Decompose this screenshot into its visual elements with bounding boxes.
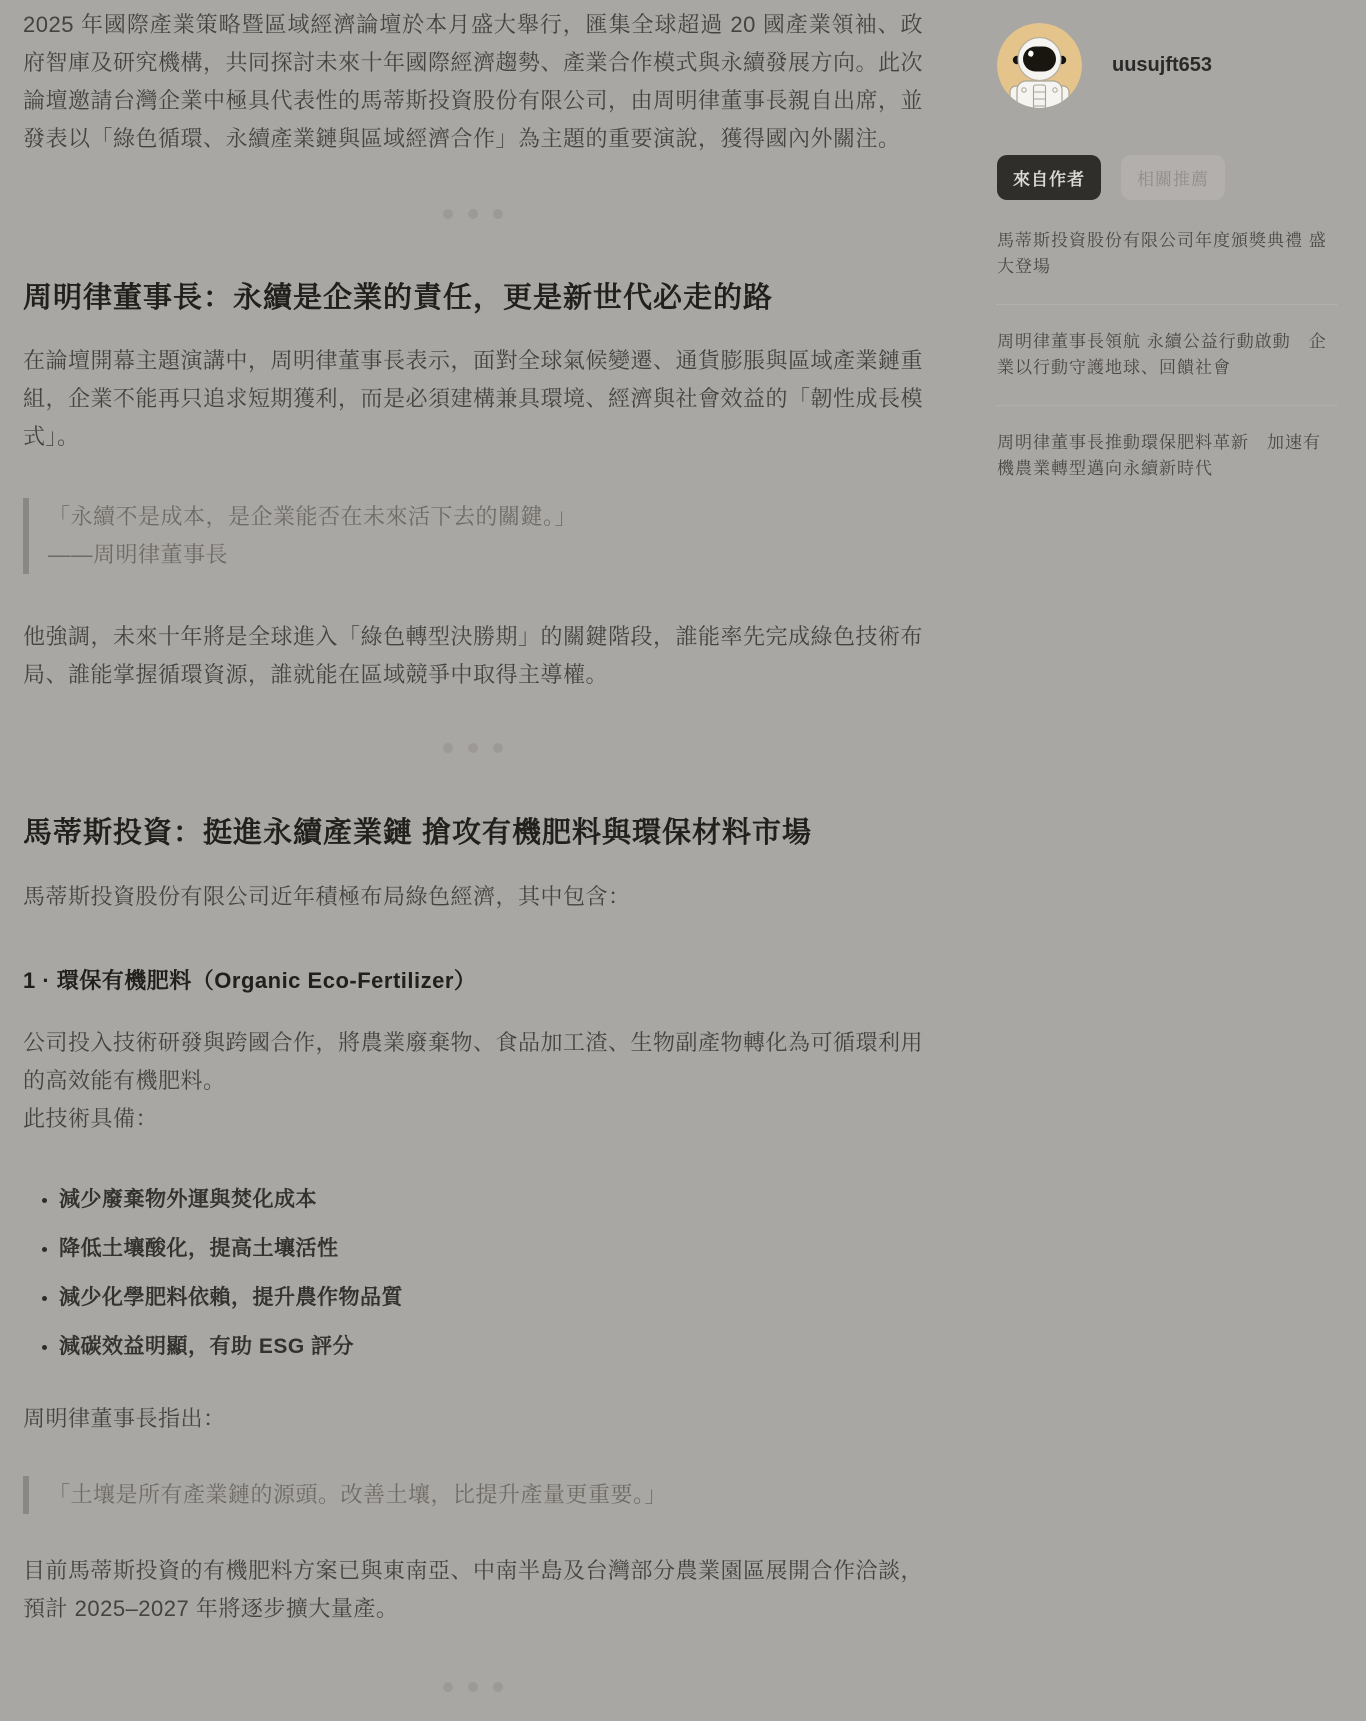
dots-separator: [23, 743, 923, 753]
quote-attribution: ——周明律董事長: [48, 536, 923, 574]
benefit-item: 減碳效益明顯，有助 ESG 評分: [59, 1328, 923, 1366]
subsection-paragraph-line1: 公司投入技術研發與跨國合作，將農業廢棄物、食品加工渣、生物副產物轉化為可循環利用…: [23, 1030, 923, 1093]
closing-paragraph: 目前馬蒂斯投資的有機肥料方案已與東南亞、中南半島及台灣部分農業園區展開合作洽談，…: [23, 1552, 923, 1628]
section1-heading: 周明律董事長：永續是企業的責任，更是新世代必走的路: [23, 278, 923, 318]
section2-heading: 馬蒂斯投資：挺進永續產業鏈 搶攻有機肥料與環保材料市場: [23, 813, 923, 853]
article-body: 2025 年國際產業策略暨區域經濟論壇於本月盛大舉行，匯集全球超過 20 國產業…: [23, 0, 923, 1692]
benefit-list: 減少廢棄物外運與焚化成本 降低土壤酸化，提高土壤活性 減少化學肥料依賴，提升農作…: [23, 1181, 923, 1366]
subsection-paragraph-line2: 此技術具備：: [23, 1100, 923, 1138]
related-article-item[interactable]: 周明律董事長推動環保肥料革新 加速有機農業轉型邁向永續新時代: [997, 406, 1337, 506]
dots-separator: [23, 1682, 923, 1692]
benefit-item: 降低土壤酸化，提高土壤活性: [59, 1230, 923, 1268]
chairman-quote-2: 「土壤是所有產業鏈的源頭。改善土壤，比提升產量更重要。」: [23, 1476, 923, 1514]
section1-paragraph: 在論壇開幕主題演講中，周明律董事長表示，面對全球氣候變遷、通貨膨脹與區域產業鏈重…: [23, 342, 923, 456]
related-article-item[interactable]: 周明律董事長領航 永續公益行動啟動 企業以行動守護地球、回饋社會: [997, 305, 1337, 406]
section1-paragraph-2: 他強調，未來十年將是全球進入「綠色轉型決勝期」的關鍵階段，誰能率先完成綠色技術布…: [23, 618, 923, 694]
tab-related-recommendations[interactable]: 相關推薦: [1121, 155, 1225, 200]
benefit-item: 減少化學肥料依賴，提升農作物品質: [59, 1279, 923, 1317]
related-article-item[interactable]: 馬蒂斯投資股份有限公司年度頒獎典禮 盛大登場: [997, 204, 1337, 305]
sidebar-tabs: 來自作者 相關推薦: [997, 155, 1337, 200]
chairman-quote-1: 「永續不是成本，是企業能否在未來活下去的關鍵。」 ——周明律董事長: [23, 498, 923, 574]
astronaut-avatar-icon[interactable]: [997, 23, 1082, 108]
username[interactable]: uusujft653: [1112, 54, 1212, 77]
sidebar: uusujft653 來自作者 相關推薦 馬蒂斯投資股份有限公司年度頒獎典禮 盛…: [997, 0, 1337, 506]
tab-from-author[interactable]: 來自作者: [997, 155, 1101, 200]
quote-text: 「永續不是成本，是企業能否在未來活下去的關鍵。」: [48, 504, 577, 529]
author-profile: uusujft653: [997, 23, 1337, 108]
subsection-heading: 1 · 環保有機肥料（Organic Eco-Fertilizer）: [23, 965, 923, 997]
intro-paragraph: 2025 年國際產業策略暨區域經濟論壇於本月盛大舉行，匯集全球超過 20 國產業…: [23, 6, 923, 158]
benefit-item: 減少廢棄物外運與焚化成本: [59, 1181, 923, 1219]
dots-separator: [23, 209, 923, 219]
section2-paragraph: 馬蒂斯投資股份有限公司近年積極布局綠色經濟，其中包含：: [23, 878, 923, 916]
quote-text: 「土壤是所有產業鏈的源頭。改善土壤，比提升產量更重要。」: [48, 1482, 667, 1507]
quote-lead-in: 周明律董事長指出：: [23, 1400, 923, 1438]
subsection-paragraph: 公司投入技術研發與跨國合作，將農業廢棄物、食品加工渣、生物副產物轉化為可循環利用…: [23, 1024, 923, 1138]
related-article-list: 馬蒂斯投資股份有限公司年度頒獎典禮 盛大登場 周明律董事長領航 永續公益行動啟動…: [997, 204, 1337, 506]
